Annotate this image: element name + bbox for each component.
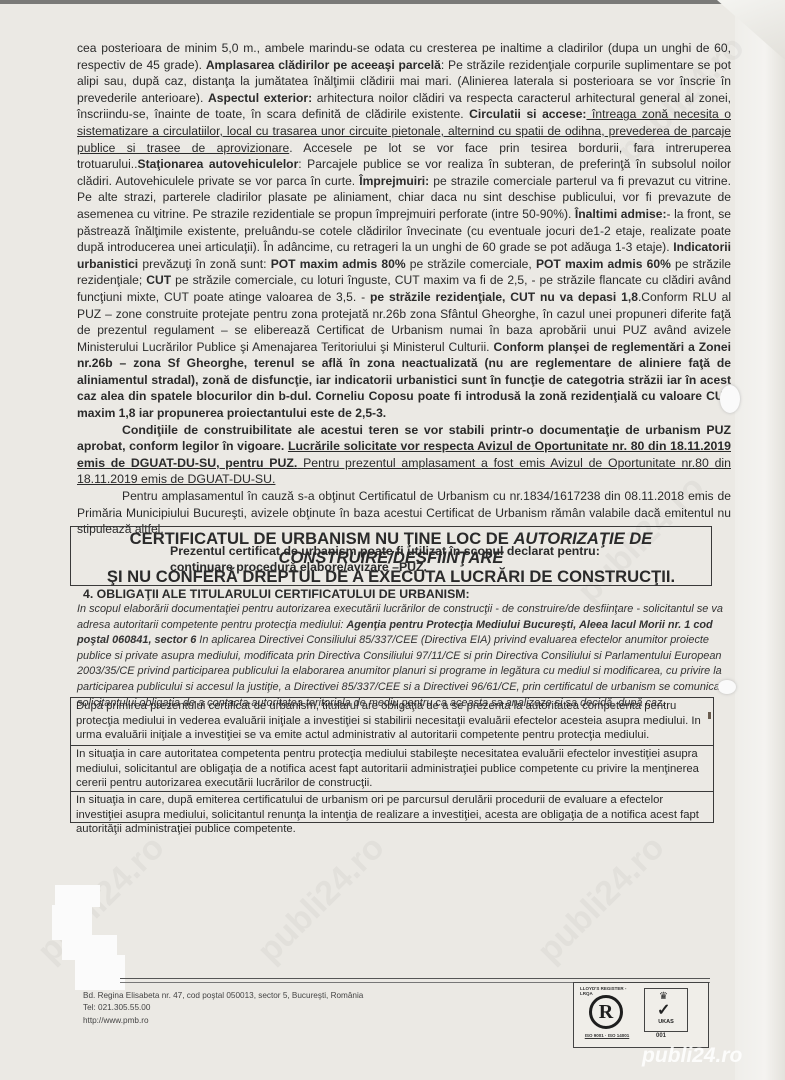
obligations-table: După primirea prezentului certificat de … [70, 697, 714, 823]
certification-logos: LLOYD'S REGISTER - LRQA R ISO 9001 · ISO… [573, 982, 709, 1048]
redaction-mark [55, 885, 100, 907]
obligation-row: In situaţia in care autoritatea competen… [71, 746, 713, 792]
paragraph-regulations: cea posterioara de minim 5,0 m., ambele … [77, 40, 731, 422]
paragraph-conditions: Condiţiile de construibilitate ale acest… [77, 422, 731, 488]
section-4-title: 4. OBLIGAŢII ALE TITULARULUI CERTIFICATU… [83, 587, 470, 601]
lloyds-register-logo: LLOYD'S REGISTER - LRQA R ISO 9001 · ISO… [578, 986, 636, 1041]
redaction-mark [75, 955, 125, 990]
obligation-row: In situaţia in care, după emiterea certi… [71, 792, 713, 839]
ukas-logo: ♛ ✓ UKAS 001 [642, 986, 702, 1040]
punch-hole [720, 385, 740, 413]
footer-phone: Tel: 021.305.55.00 [83, 1002, 363, 1014]
warning-box: CERTIFICATUL DE URBANISM NU ŢINE LOC DE … [70, 526, 712, 586]
publi24-brand-watermark: publi24.ro [642, 1044, 742, 1068]
paper-edge [735, 0, 785, 1080]
footer-website: http://www.pmb.ro [83, 1015, 363, 1027]
footer-address: Bd. Regina Elisabeta nr. 47, cod poştal … [83, 990, 363, 1002]
lrqa-r-icon: R [589, 995, 623, 1029]
section-4-intro: In scopul elaborării documentaţiei pentr… [77, 602, 727, 711]
footer-contact: Bd. Regina Elisabeta nr. 47, cod poştal … [83, 990, 363, 1027]
punch-hole [718, 680, 736, 694]
obligation-row: După primirea prezentului certificat de … [71, 698, 713, 746]
scan-speck [708, 712, 711, 719]
checkmark-icon: ✓ [657, 1000, 670, 1020]
body-text: cea posterioara de minim 5,0 m., ambele … [77, 40, 731, 576]
